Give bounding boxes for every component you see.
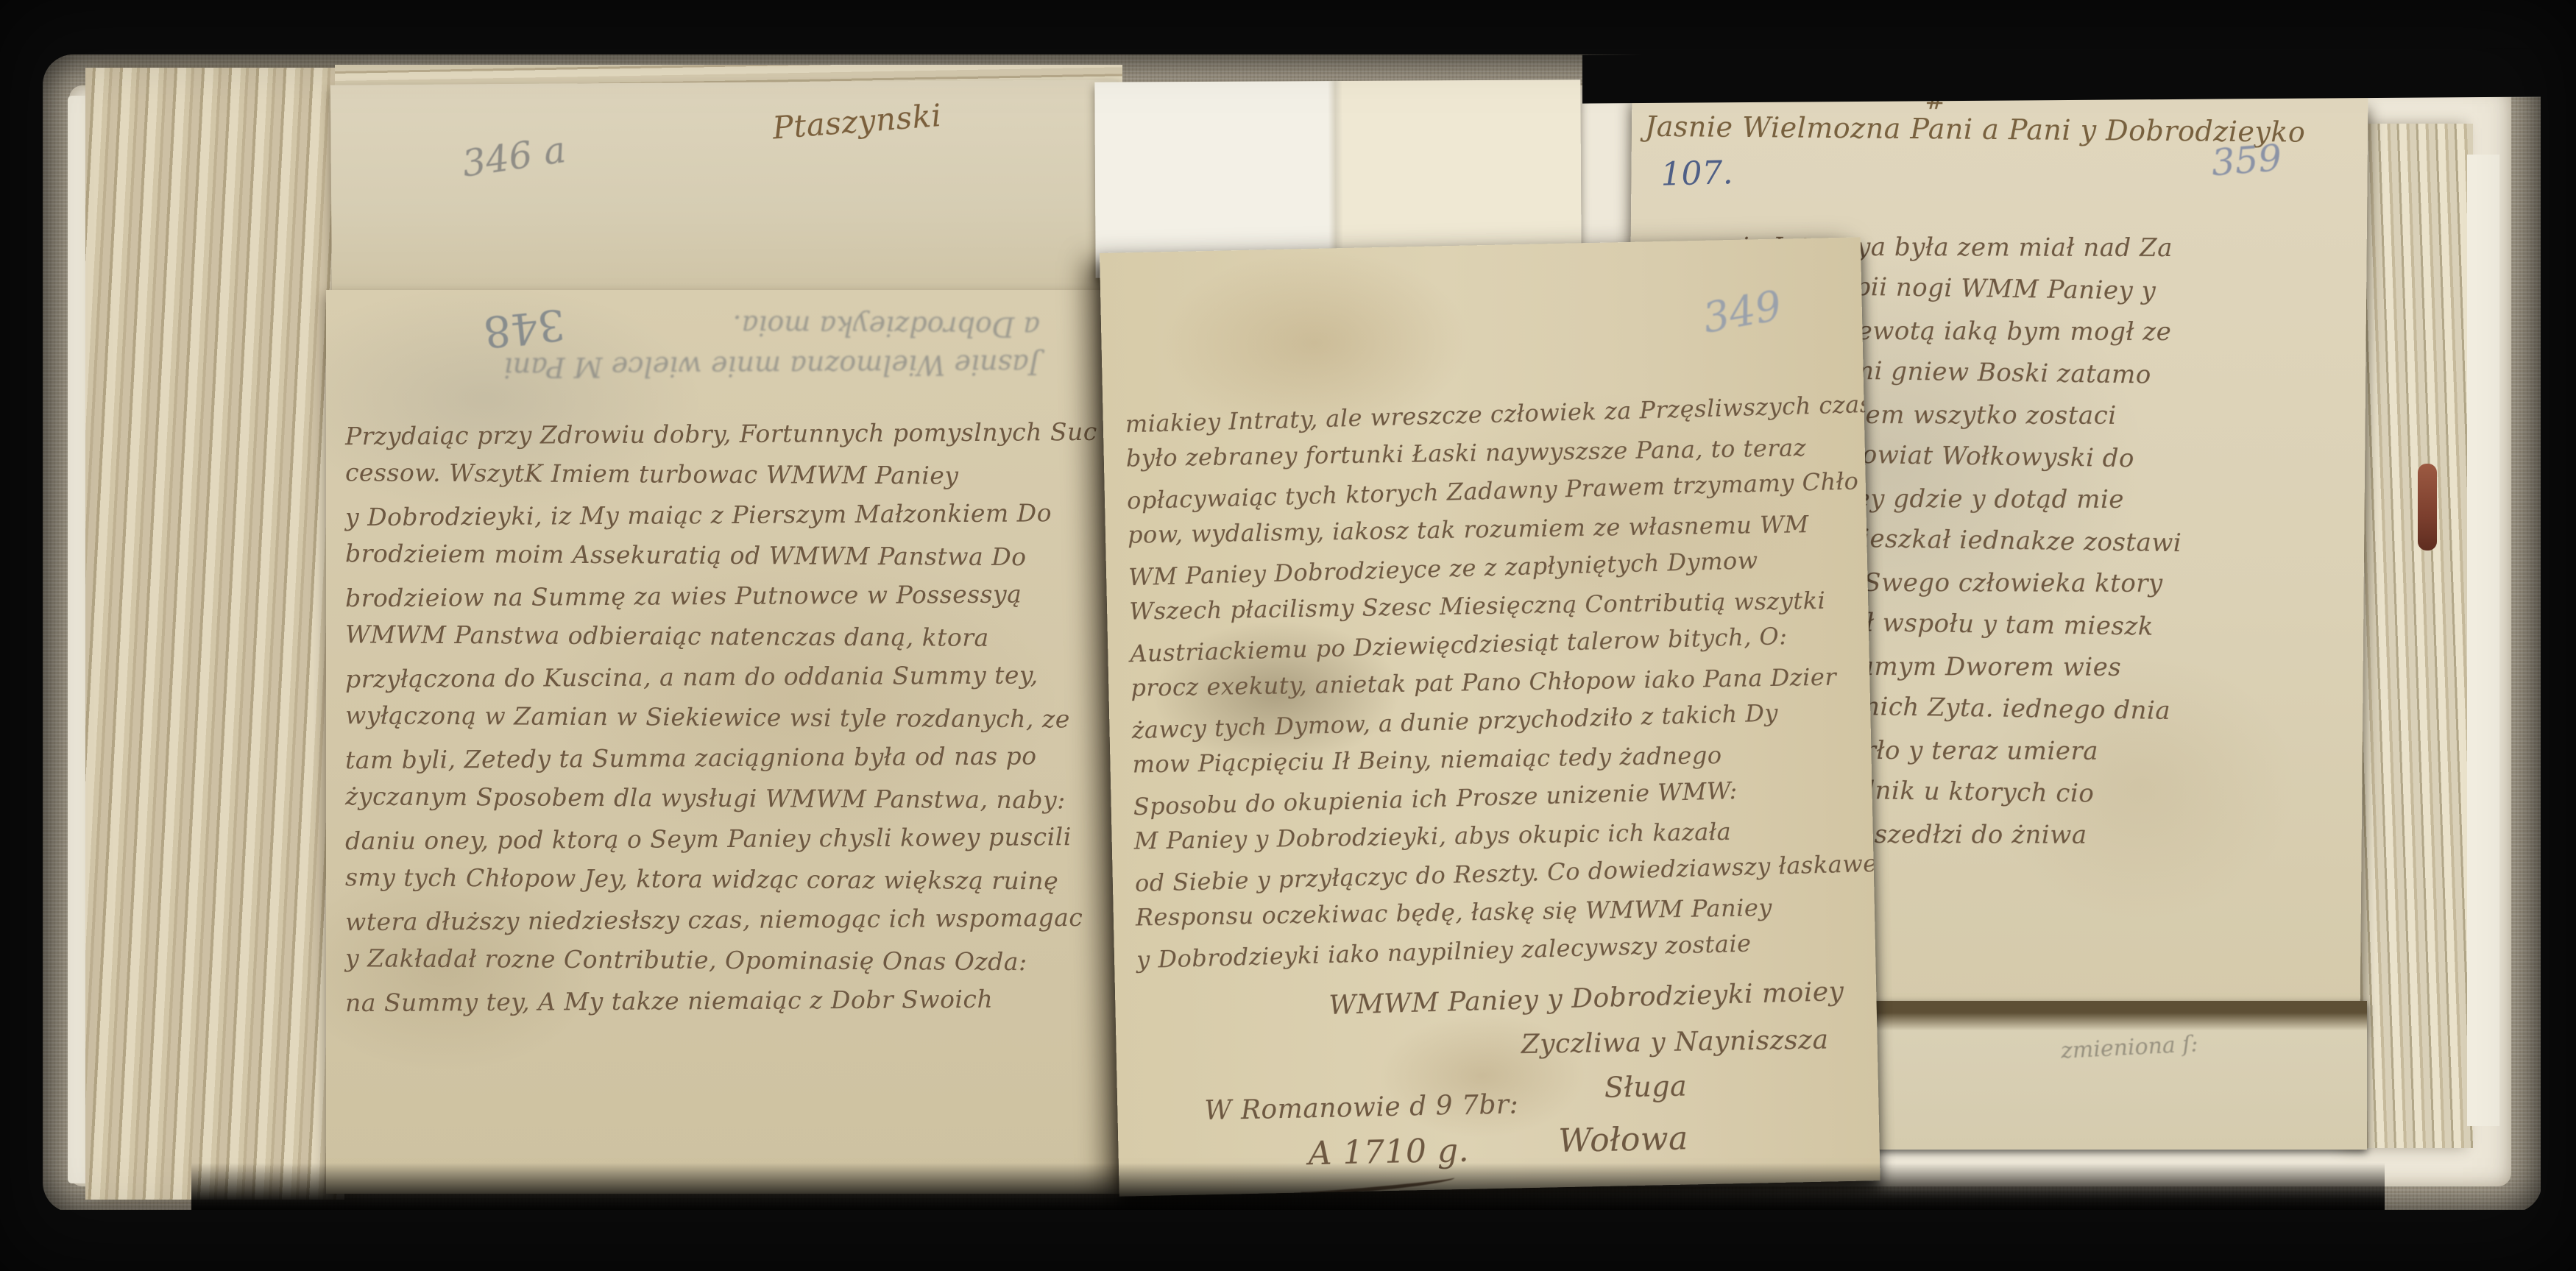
pencil-note: zmieniona ſ: (2060, 1031, 2198, 1064)
handwriting-line: wyłączoną w Zamian w Siekiewice wsi tyle… (345, 695, 1111, 739)
pencil-page-number-359: 359 (2210, 136, 2284, 184)
handwriting-line: tam byli, Zetedy ta Summa zaciągniona by… (345, 735, 1111, 780)
closing-line: Zyczliwa y Nayniszsza (1521, 1017, 1860, 1068)
blue-ink-number-107: 107. (1660, 154, 1733, 194)
background-right (2541, 0, 2576, 1271)
handwriting-line: Przydaiąc przy Zdrowiu dobry, Fortunnych… (345, 411, 1111, 456)
background-top (0, 0, 2576, 54)
handwriting-line: wtera dłuższy niedziesłszy czas, niemogą… (345, 897, 1111, 942)
ghost-line: a Dobrodzieyka moia. (363, 303, 1040, 348)
handwriting-line: daniu oney, pod ktorą o Seym Paniey chys… (345, 816, 1111, 861)
pencil-page-number-349: 349 (1699, 282, 1786, 343)
dateline-place: W Romanowie d 9 7br: (1204, 1089, 1519, 1126)
ink-inscription-ptaszynski: Ptaszynski (771, 97, 943, 146)
under-sheet-bottom-right: zmieniona ſ: (1865, 1001, 2367, 1150)
right-flyleaf-edge (2467, 155, 2499, 1126)
handwriting-line: y Zakładał rozne Contributie, Opominasię… (345, 938, 1111, 982)
center-overlay-page: 349 miakiey Intraty, ale wreszcze człowi… (1100, 237, 1880, 1196)
handwriting-line: brodzieiem moim Assekuratią od WMWM Pans… (345, 533, 1111, 577)
handwriting-line: przyłączona do Kuscina, a nam do oddania… (345, 654, 1111, 699)
page-stack-left-edges (85, 68, 344, 1200)
background-bottom (0, 1210, 2576, 1271)
left-top-page: Ptaszynski 346 a (330, 79, 1118, 295)
handwriting-line: życzanym Sposobem dla wysługi WMWM Panst… (345, 776, 1111, 820)
pencil-page-number-346a: 346 a (459, 128, 568, 185)
manuscript-photo: Ptaszynski 346 a 348 Jasnie Wielmozna mn… (0, 0, 2576, 1271)
handwriting-line: na Summy tey, A My takze niemaiąc z Dobr… (345, 978, 1111, 1023)
left-letter-page: 348 Jasnie Wielmozna mnie wielce M Pania… (326, 290, 1119, 1194)
handwriting-line: smy tych Chłopow Jey, ktora widząc coraz… (345, 857, 1111, 901)
handwriting-line: cessow. WszytK Imiem turbowac WMWM Panie… (345, 452, 1111, 496)
handwriting-line: y Dobrodzieyki, iz My maiąc z Pierszym M… (345, 492, 1111, 537)
signature-word-sluga: Sługa (1604, 1070, 1687, 1104)
letter-closing-lines: WMWM Paniey y Dobrodzieyki moieyZyczliwa… (1328, 971, 1860, 1073)
handwriting-line: brodzieiow na Summę za wies Putnowce w P… (345, 573, 1111, 618)
ghost-line: Jasnie Wielmozna mnie wielce M Pani (363, 344, 1040, 389)
overlay-page-handwriting: miakiey Intraty, ale wreszcze człowiek z… (1125, 388, 1865, 977)
bottom-shadow (191, 1163, 2385, 1214)
wax-seal-remnant (2418, 464, 2437, 550)
page-stack-right-edges (2349, 124, 2473, 1148)
left-page-handwriting: Przydaiąc przy Zdrowiu dobry, Fortunnych… (345, 414, 1111, 1021)
background-top-right (1582, 48, 2547, 103)
right-page-header: Jasnie Wielmozna Pani a Pani y Dobrodzie… (1645, 110, 2306, 149)
handwriting-line: WMWM Panstwa odbieraiąc natenczas daną, … (345, 614, 1111, 658)
ghost-bleedthrough-lines: Jasnie Wielmozna mnie wielce M Pania Dob… (363, 300, 1040, 387)
signature-word-wolowa: Wołowa (1558, 1120, 1688, 1161)
